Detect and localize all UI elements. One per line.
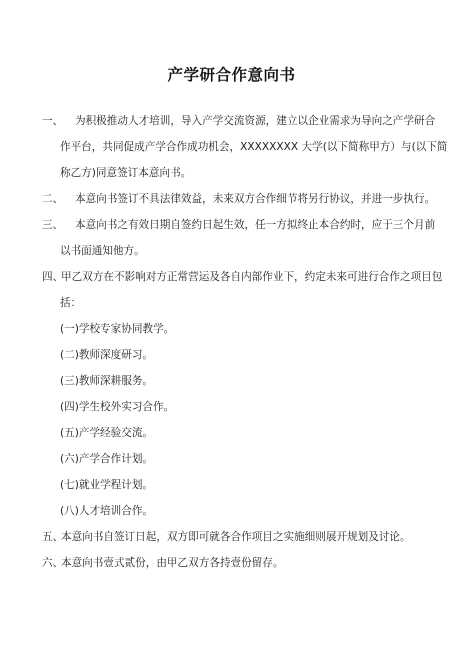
section-6-line-1: 本意向书壹式贰份，由甲乙双方各持壹份留存。 (61, 556, 283, 570)
section-4-line-1: 甲乙双方在不影响对方正常营运及各自内部作业下，约定未来可进行合作之项目包 (61, 270, 442, 284)
section-5-line-1: 本意向书自签订日起，双方即可就各合作项目之实施细则展开规划及讨论。 (61, 530, 411, 544)
section-4-marker: 四、 (42, 270, 63, 284)
section-2-line-1: 本意向书签订不具法律效益，未来双方合作细节将另行协议，并进一步执行。 (75, 192, 435, 206)
list-item-1: (一)学校专家协同教学。 (60, 322, 174, 336)
section-1-line-1: 为积极推动人才培训，导入产学交流资源，建立以企业需求为导向之产学研合 (75, 114, 435, 128)
list-item-2: (二)教师深度研习。 (60, 348, 153, 362)
document-title: 产学研合作意向书 (0, 63, 463, 85)
section-1-line-3: 称乙方)同意签订本意向书。 (60, 166, 191, 180)
section-6-marker: 六、 (42, 556, 63, 570)
section-3-marker: 三、 (42, 218, 63, 232)
list-item-3: (三)教师深耕服务。 (60, 374, 153, 388)
list-item-6: (六)产学合作计划。 (60, 452, 153, 466)
list-item-8: (八)人才培训合作。 (60, 504, 153, 518)
section-2-marker: 二、 (42, 192, 63, 206)
section-5-marker: 五、 (42, 530, 63, 544)
section-1-line-2: 作平台，共同促成产学合作成功机会，XXXXXXXX 大学(以下简称甲方）与(以下… (60, 140, 448, 154)
list-item-4: (四)学生校外实习合作。 (60, 400, 174, 414)
list-item-5: (五)产学经验交流。 (60, 426, 153, 440)
section-3-line-1: 本意向书之有效日期自签约日起生效，任一方拟终止本合约时，应于三个月前 (75, 218, 435, 232)
list-item-7: (七)就业学程计划。 (60, 478, 153, 492)
section-3-line-2: 以书面通知他方。 (60, 244, 145, 258)
section-1-marker: 一、 (42, 114, 63, 128)
section-4-line-2: 括： (60, 296, 81, 310)
